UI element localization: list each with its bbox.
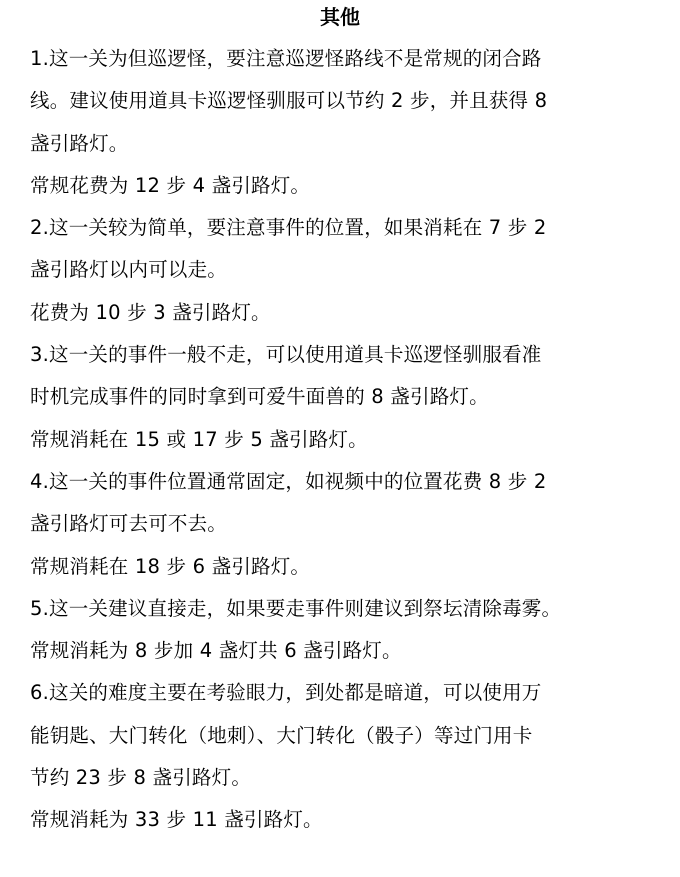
text-line: 盏引路灯可去可不去。 xyxy=(30,510,561,552)
text-line: 盏引路灯。 xyxy=(30,130,561,172)
text-line: 节约 23 步 8 盏引路灯。 xyxy=(30,764,561,806)
text-line: 时机完成事件的同时拿到可爱牛面兽的 8 盏引路灯。 xyxy=(30,383,561,425)
text-line: 6.这关的难度主要在考验眼力，到处都是暗道，可以使用万 xyxy=(30,679,561,721)
text-line: 3.这一关的事件一般不走，可以使用道具卡巡逻怪驯服看准 xyxy=(30,341,561,383)
text-line: 能钥匙、大门转化（地刺）、大门转化（骰子）等过门用卡 xyxy=(30,722,561,764)
text-line: 常规消耗在 18 步 6 盏引路灯。 xyxy=(30,553,561,595)
text-line: 4.这一关的事件位置通常固定，如视频中的位置花费 8 步 2 xyxy=(30,468,561,510)
text-line: 常规消耗为 33 步 11 盏引路灯。 xyxy=(30,806,561,848)
text-line: 花费为 10 步 3 盏引路灯。 xyxy=(30,299,561,341)
text-line: 盏引路灯以内可以走。 xyxy=(30,256,561,298)
document-body: 1.这一关为但巡逻怪，要注意巡逻怪路线不是常规的闭合路 线。建议使用道具卡巡逻怪… xyxy=(30,45,561,849)
text-line: 常规消耗在 15 或 17 步 5 盏引路灯。 xyxy=(30,426,561,468)
text-line: 常规花费为 12 步 4 盏引路灯。 xyxy=(30,172,561,214)
text-line: 2.这一关较为简单，要注意事件的位置，如果消耗在 7 步 2 xyxy=(30,214,561,256)
text-line: 1.这一关为但巡逻怪，要注意巡逻怪路线不是常规的闭合路 xyxy=(30,45,561,87)
text-line: 常规消耗为 8 步加 4 盏灯共 6 盏引路灯。 xyxy=(30,637,561,679)
text-line: 5.这一关建议直接走，如果要走事件则建议到祭坛清除毒雾。 xyxy=(30,595,561,637)
text-line: 线。建议使用道具卡巡逻怪驯服可以节约 2 步，并且获得 8 xyxy=(30,87,561,129)
document-title: 其他 xyxy=(30,4,650,30)
